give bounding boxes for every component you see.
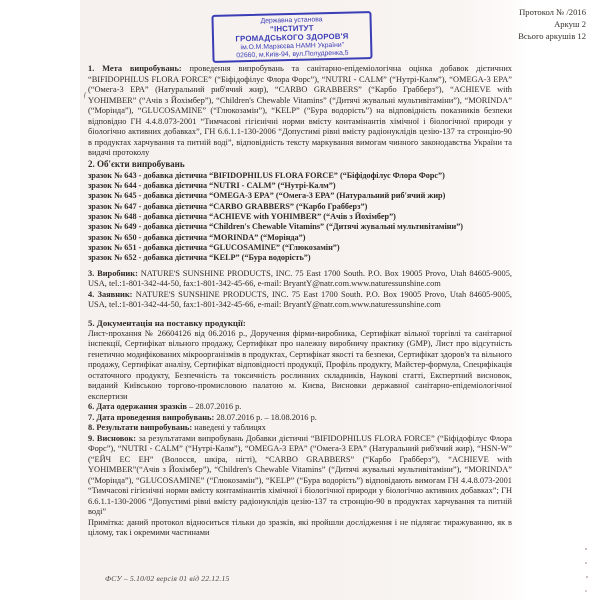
sample-row: зразок № 650 - добавка дієтична “MORINDA… (88, 233, 512, 243)
sample-row: зразок № 648 - добавка дієтична “ACHIEVE… (88, 212, 512, 222)
section-9-text: за результатами випробувань Добавки дієт… (88, 434, 512, 517)
scanned-protocol-page: Протокол № /2016 Аркуш 2 Всього аркушів … (0, 0, 600, 600)
sample-row: зразок № 647 - добавка дієтична “CARBO G… (88, 202, 512, 212)
section-3-text: NATURE'S SUNSHINE PRODUCTS, INC. 75 East… (88, 269, 512, 289)
sample-row: зразок № 645 - добавка дієтична “OMEGA-3… (88, 191, 512, 201)
section-6-title: 6. Дата одержання зразків (88, 402, 187, 411)
section-3-title: 3. Виробник: (88, 269, 138, 278)
sample-row: зразок № 651 - добавка дієтична “GLUCOSA… (88, 243, 512, 253)
section-1-text: проведення випробувань та санітарно-епід… (88, 64, 512, 157)
section-5-title: 5. Документація на поставку продукції: (88, 318, 512, 329)
protocol-header-info: Протокол № /2016 Аркуш 2 Всього аркушів … (518, 6, 586, 42)
section-9-conclusion: 9. Висновок: за результатами випробувань… (88, 434, 512, 518)
form-footer-code: ФСУ – 5.10/02 версія 01 від 22.12.15 (105, 574, 229, 583)
section-4-applicant: 4. Заявник: NATURE'S SUNSHINE PRODUCTS, … (88, 290, 512, 311)
section-8-results: 8. Результати випробувань: наведені у та… (88, 423, 512, 434)
scan-specks-edge (585, 548, 587, 550)
sample-row: зразок № 649 - добавка дієтична “Childre… (88, 222, 512, 232)
sheet-number: Аркуш 2 (518, 18, 586, 30)
section-4-title: 4. Заявник: (88, 290, 132, 299)
section-7-title: 7. Дата проведення випробувань: (88, 413, 214, 422)
section-7-text: 28.07.2016 р. – 18.08.2016 р. (216, 413, 317, 422)
section-5-documents: Лист-прохання № 26604126 від 06.2016 р.,… (88, 329, 512, 403)
total-sheets: Всього аркушів 12 (518, 30, 586, 42)
section-8-text: наведені у таблицях (194, 423, 266, 432)
sample-row: зразок № 643 - добавка дієтична “BIFIDOP… (88, 171, 512, 181)
note-paragraph: Примітка: даний протокол відноситься тіл… (88, 518, 512, 539)
section-3-manufacturer: 3. Виробник: NATURE'S SUNSHINE PRODUCTS,… (88, 269, 512, 290)
section-8-title: 8. Результати випробувань: (88, 423, 192, 432)
protocol-number: Протокол № /2016 (518, 6, 586, 18)
section-9-title: 9. Висновок: (88, 434, 136, 443)
section-2-title: 2. Об'єкти випробувань (88, 159, 512, 170)
samples-list: зразок № 643 - добавка дієтична “BIFIDOP… (88, 171, 512, 264)
document-body: 1. Мета випробувань: проведення випробув… (88, 0, 512, 539)
section-4-text: NATURE'S SUNSHINE PRODUCTS, INC. 75 East… (88, 290, 512, 310)
section-1-purpose: 1. Мета випробувань: проведення випробув… (88, 64, 512, 159)
section-6-date-received: 6. Дата одержання зразків – 28.07.2016 р… (88, 402, 512, 413)
section-6-text: – 28.07.2016 р. (189, 402, 241, 411)
section-7-test-dates: 7. Дата проведення випробувань: 28.07.20… (88, 413, 512, 424)
sample-row: зразок № 652 - добавка дієтична “KELP” (… (88, 253, 512, 263)
section-1-title: 1. Мета випробувань: (88, 64, 182, 73)
sample-row: зразок № 644 - добавка дієтична “NUTRI -… (88, 181, 512, 191)
